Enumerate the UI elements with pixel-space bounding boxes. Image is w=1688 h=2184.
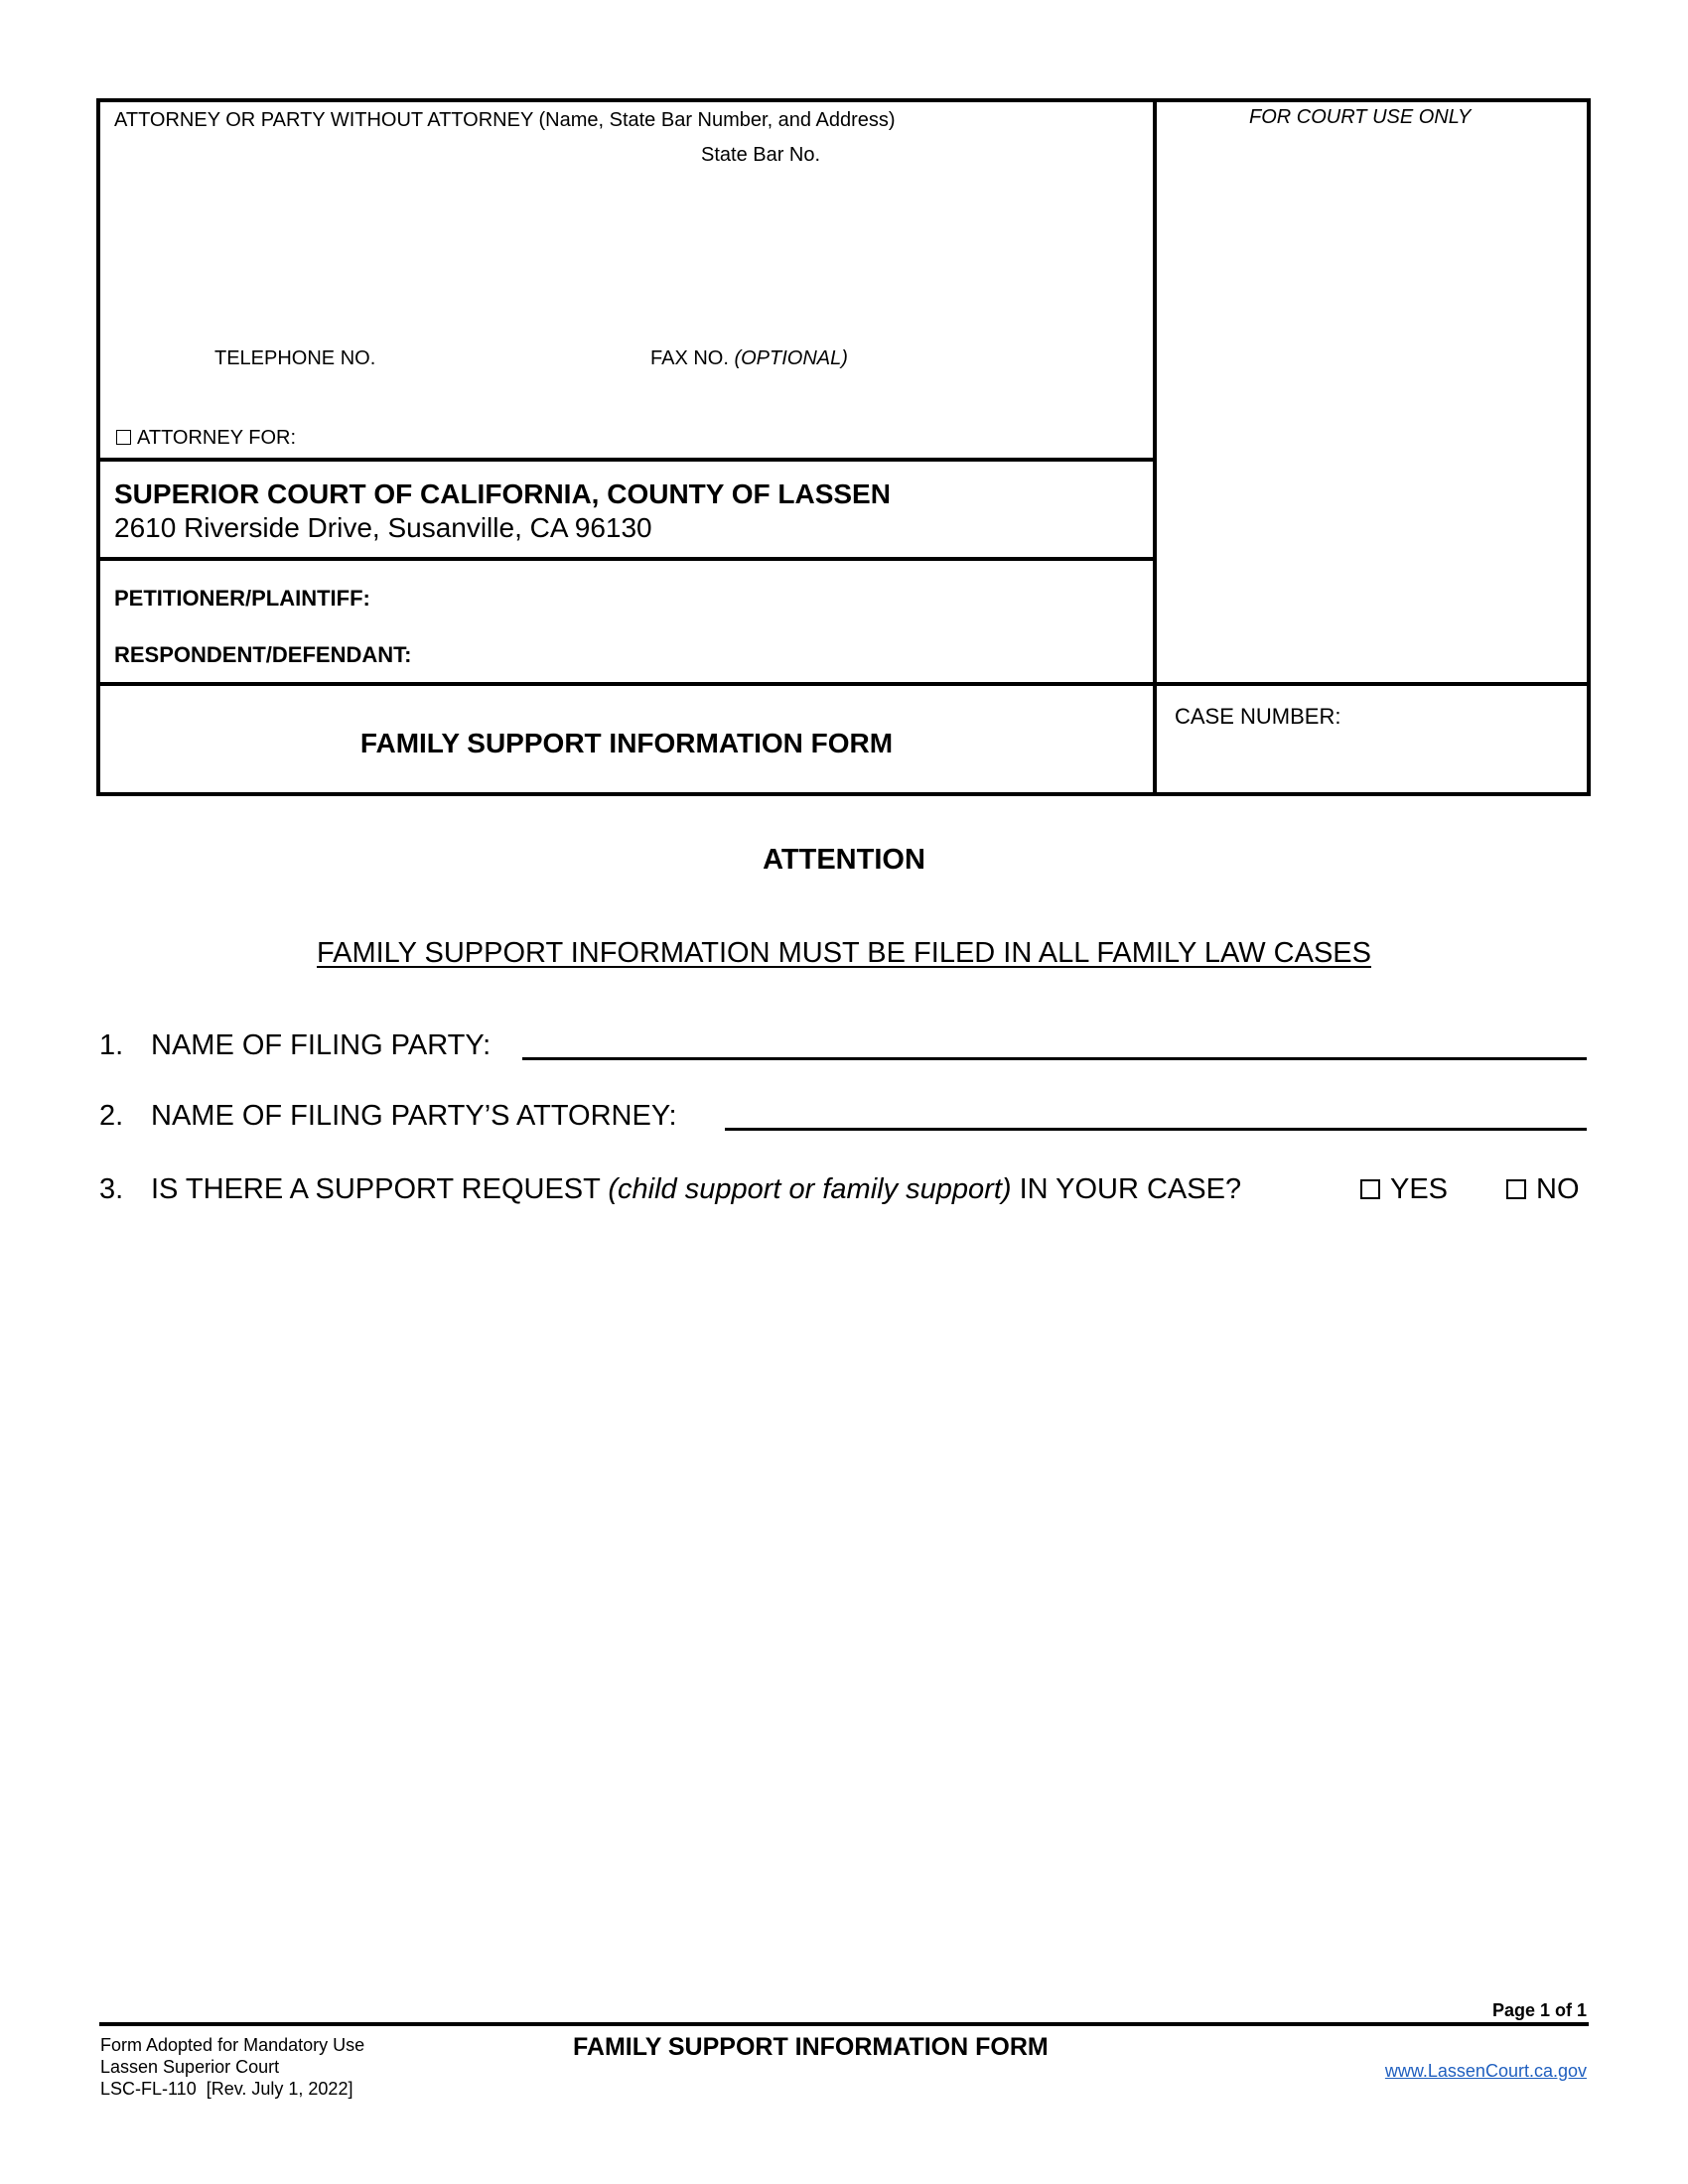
caption-left-border [96, 98, 100, 796]
support-no-option[interactable]: NO [1506, 1175, 1580, 1204]
caption-bottom-border [96, 792, 1591, 796]
filing-notice: FAMILY SUPPORT INFORMATION MUST BE FILED… [0, 939, 1688, 968]
telephone-label: TELEPHONE NO. [214, 348, 375, 368]
item-3-label-before: IS THERE A SUPPORT REQUEST [151, 1173, 608, 1205]
caption-top-border [96, 98, 1591, 102]
item-1-label: NAME OF FILING PARTY: [151, 1031, 491, 1060]
case-number-field[interactable] [1172, 735, 1579, 784]
footer-form-id: LSC-FL-110 [Rev. July 1, 2022] [100, 2080, 352, 2098]
court-address: 2610 Riverside Drive, Susanville, CA 961… [114, 514, 652, 542]
respondent-field[interactable] [457, 638, 1142, 668]
attention-heading: ATTENTION [0, 846, 1688, 875]
item-1-number: 1. [99, 1031, 123, 1060]
support-yes-option[interactable]: YES [1360, 1175, 1448, 1204]
footer-rule [99, 2022, 1589, 2026]
court-use-label: FOR COURT USE ONLY [1249, 107, 1471, 127]
item-2-label: NAME OF FILING PARTY’S ATTORNEY: [151, 1102, 677, 1131]
filing-party-attorney-field[interactable] [725, 1128, 1587, 1131]
support-no-label: NO [1536, 1173, 1580, 1205]
form-title: FAMILY SUPPORT INFORMATION FORM [100, 730, 1153, 757]
filing-party-name-field[interactable] [522, 1057, 1587, 1060]
item-3-label-italic: (child support or family support) [608, 1173, 1011, 1205]
divider-attorney-court [96, 458, 1155, 462]
filing-notice-text: FAMILY SUPPORT INFORMATION MUST BE FILED… [317, 937, 1371, 969]
state-bar-label: State Bar No. [701, 145, 820, 165]
fax-optional-label: (OPTIONAL) [734, 347, 847, 369]
footer-title: FAMILY SUPPORT INFORMATION FORM [573, 2035, 1049, 2060]
court-name: SUPERIOR COURT OF CALIFORNIA, COUNTY OF … [114, 480, 891, 508]
item-3-number: 3. [99, 1175, 123, 1204]
caption-center-divider [1153, 98, 1157, 796]
footer-court: Lassen Superior Court [100, 2058, 279, 2076]
attorney-for-checkbox[interactable] [116, 430, 131, 445]
item-3-question: IS THERE A SUPPORT REQUEST (child suppor… [151, 1175, 1241, 1204]
case-number-label: CASE NUMBER: [1175, 706, 1340, 728]
support-no-checkbox[interactable] [1506, 1179, 1526, 1199]
divider-parties-title [96, 682, 1591, 686]
caption-right-border [1587, 98, 1591, 796]
divider-court-parties [96, 557, 1155, 561]
petitioner-label: PETITIONER/PLAINTIFF: [114, 588, 370, 610]
support-yes-checkbox[interactable] [1360, 1179, 1380, 1199]
respondent-label: RESPONDENT/DEFENDANT: [114, 644, 411, 666]
support-yes-label: YES [1390, 1173, 1448, 1205]
item-3-label-after: IN YOUR CASE? [1012, 1173, 1242, 1205]
website-link[interactable]: www.LassenCourt.ca.gov [1385, 2061, 1587, 2081]
attorney-label: ATTORNEY OR PARTY WITHOUT ATTORNEY (Name… [114, 110, 896, 130]
footer-website-wrap: www.LassenCourt.ca.gov [1385, 2062, 1587, 2080]
page-number: Page 1 of 1 [1492, 2001, 1587, 2019]
attorney-for-row: ATTORNEY FOR: [116, 428, 296, 448]
petitioner-field[interactable] [417, 582, 1142, 612]
footer-adopted: Form Adopted for Mandatory Use [100, 2036, 364, 2054]
fax-label: FAX NO. [650, 347, 729, 369]
attorney-info-field[interactable] [107, 174, 1145, 333]
attorney-for-label: ATTORNEY FOR: [137, 427, 296, 449]
item-2-number: 2. [99, 1102, 123, 1131]
fax-label-group: FAX NO. (OPTIONAL) [650, 348, 848, 368]
